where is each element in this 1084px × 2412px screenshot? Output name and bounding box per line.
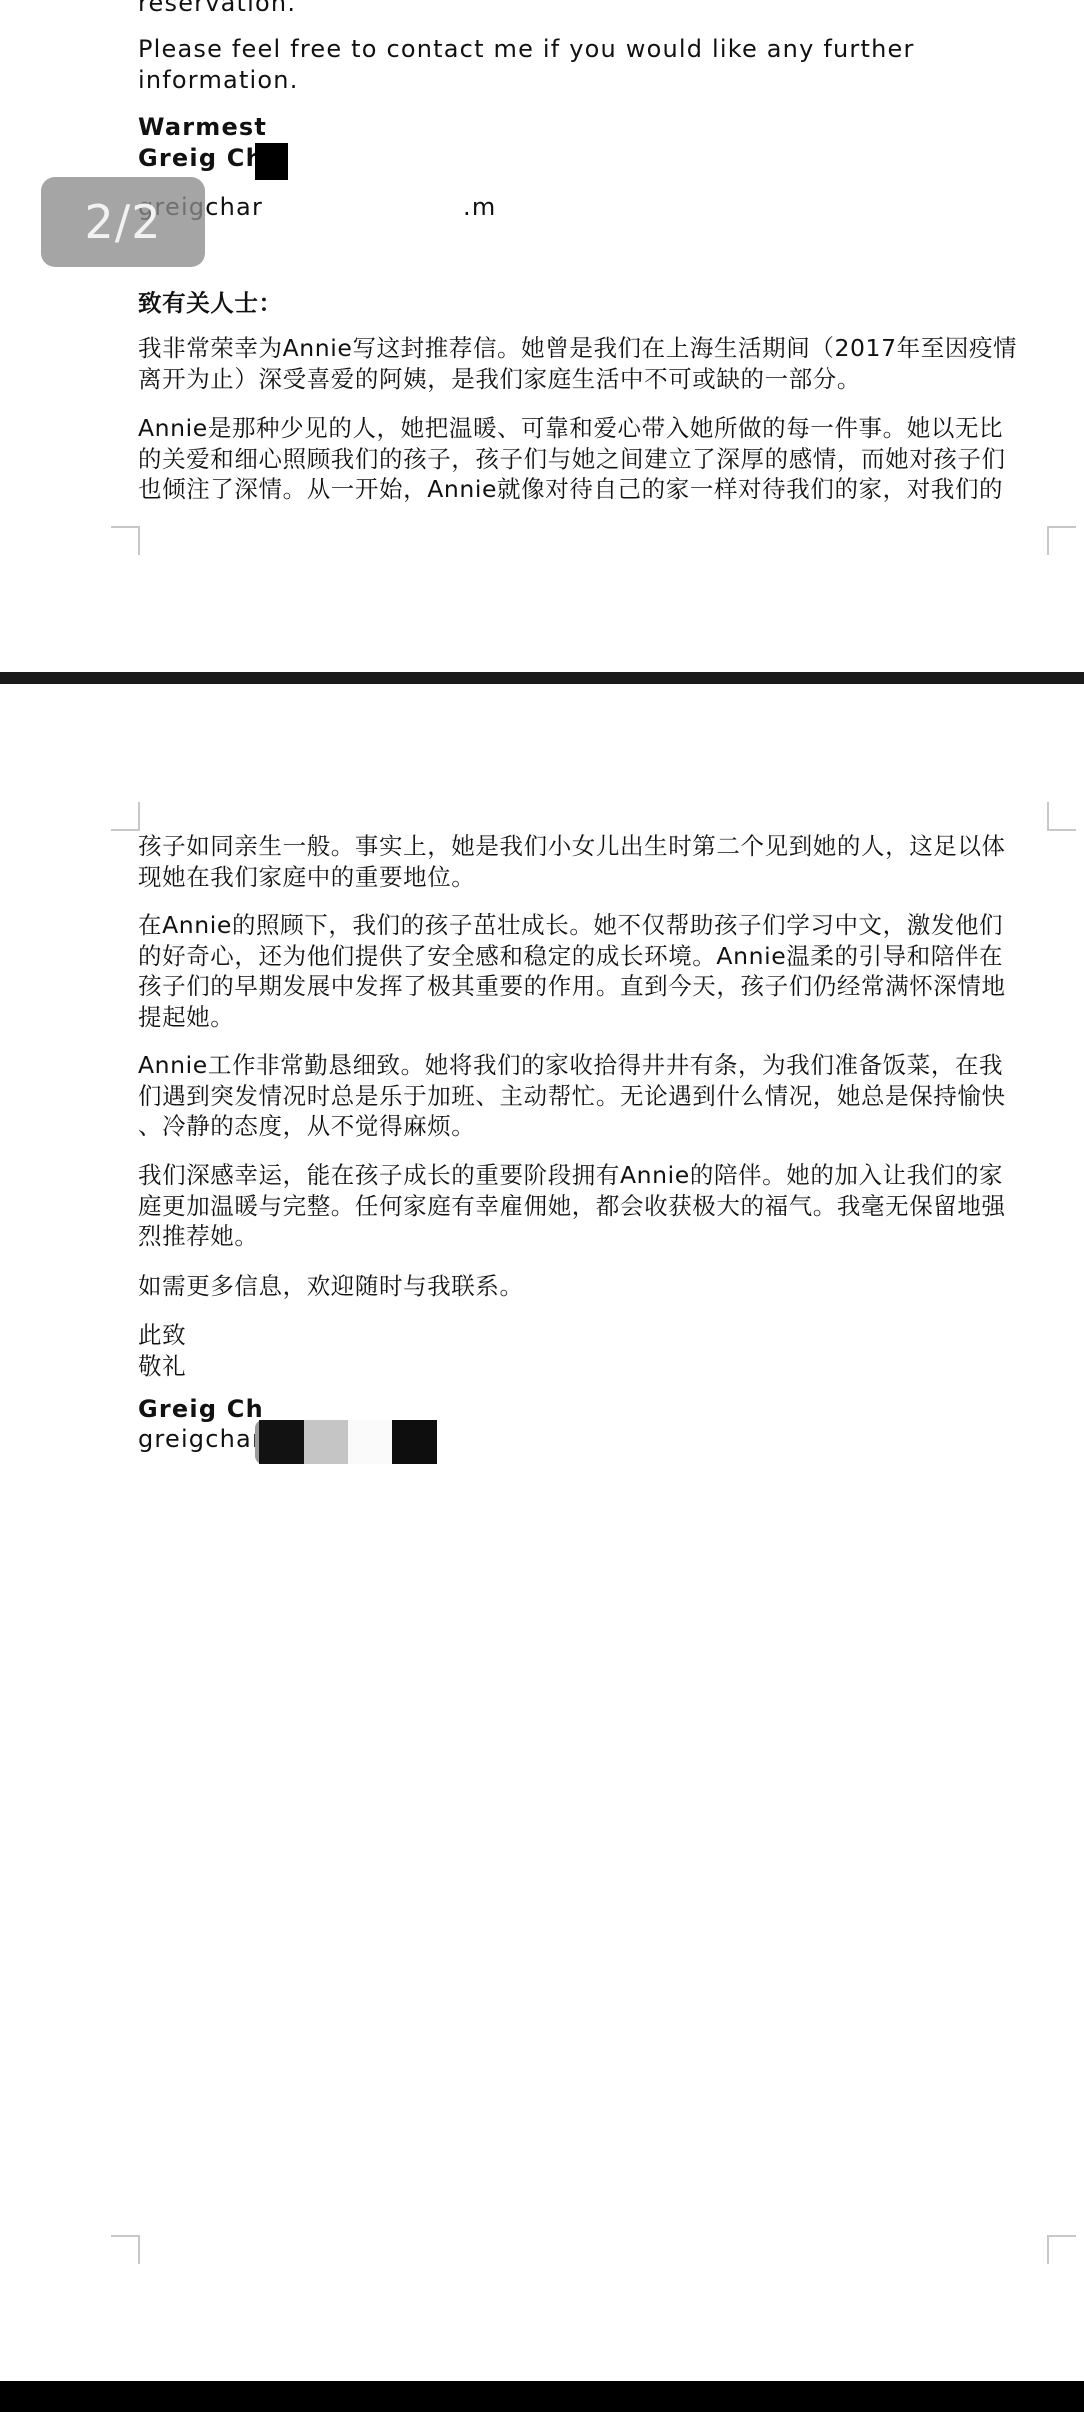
salutation-zh: 致有关人士：: [138, 288, 1048, 319]
email-visible-end: .m: [463, 193, 496, 221]
paragraph-zh-3: 在Annie的照顾下，我们的孩子茁壮成长。她不仅帮助孩子们学习中文，激发他们 的…: [138, 910, 1048, 1032]
page-separator: [0, 672, 1084, 684]
crop-mark-bottom-right: [1047, 526, 1076, 555]
redaction-block-name: [255, 143, 288, 180]
paragraph-zh-4: Annie工作非常勤恳细致。她将我们的家收拾得井井有条，为我们准备饭菜，在我 们…: [138, 1050, 1048, 1142]
contact-line-1: Please feel free to contact me if you wo…: [138, 34, 1048, 65]
page-indicator-badge: 2/2: [41, 177, 205, 267]
crop-mark-bottom-right-p2: [1047, 2235, 1076, 2264]
paragraph-contact-zh: 如需更多信息，欢迎随时与我联系。: [138, 1271, 1048, 1302]
paragraph-reservation-tail: reservation.: [138, 0, 1048, 19]
crop-mark-top-right: [1047, 802, 1076, 831]
signature-email: greigchar.m: [138, 192, 1048, 223]
document-page-1: reservation. Please feel free to contact…: [0, 0, 1084, 672]
redaction-mosaic: [255, 1420, 437, 1464]
crop-mark-bottom-left-p2: [111, 2235, 140, 2264]
bottom-system-bar: [0, 2381, 1084, 2412]
paragraph-zh-1: 我非常荣幸为Annie写这封推荐信。她曾是我们在上海生活期间（2017年至因疫情…: [138, 333, 1048, 394]
paragraph-zh-2: Annie是那种少见的人，她把温暖、可靠和爱心带入她所做的每一件事。她以无比 的…: [138, 413, 1048, 505]
closing-warmest: Warmest: [138, 112, 1048, 143]
crop-mark-top-left: [111, 802, 140, 831]
paragraph-contact-en: Please feel free to contact me if you wo…: [138, 34, 1048, 95]
document-page-2: 孩子如同亲生一般。事实上，她是我们小女儿出生时第二个见到她的人，这足以体 现她在…: [0, 684, 1084, 2381]
paragraph-zh-5: 我们深感幸运，能在孩子成长的重要阶段拥有Annie的陪伴。她的加入让我们的家 庭…: [138, 1160, 1048, 1252]
closing-block-zh: 此致 敬礼: [138, 1320, 1048, 1381]
closing-jingli: 敬礼: [138, 1351, 1048, 1382]
closing-cizhi: 此致: [138, 1320, 1048, 1351]
crop-mark-bottom-left: [111, 526, 140, 555]
contact-line-2: information.: [138, 65, 1048, 96]
paragraph-zh-2-continued: 孩子如同亲生一般。事实上，她是我们小女儿出生时第二个见到她的人，这足以体 现她在…: [138, 831, 1048, 892]
